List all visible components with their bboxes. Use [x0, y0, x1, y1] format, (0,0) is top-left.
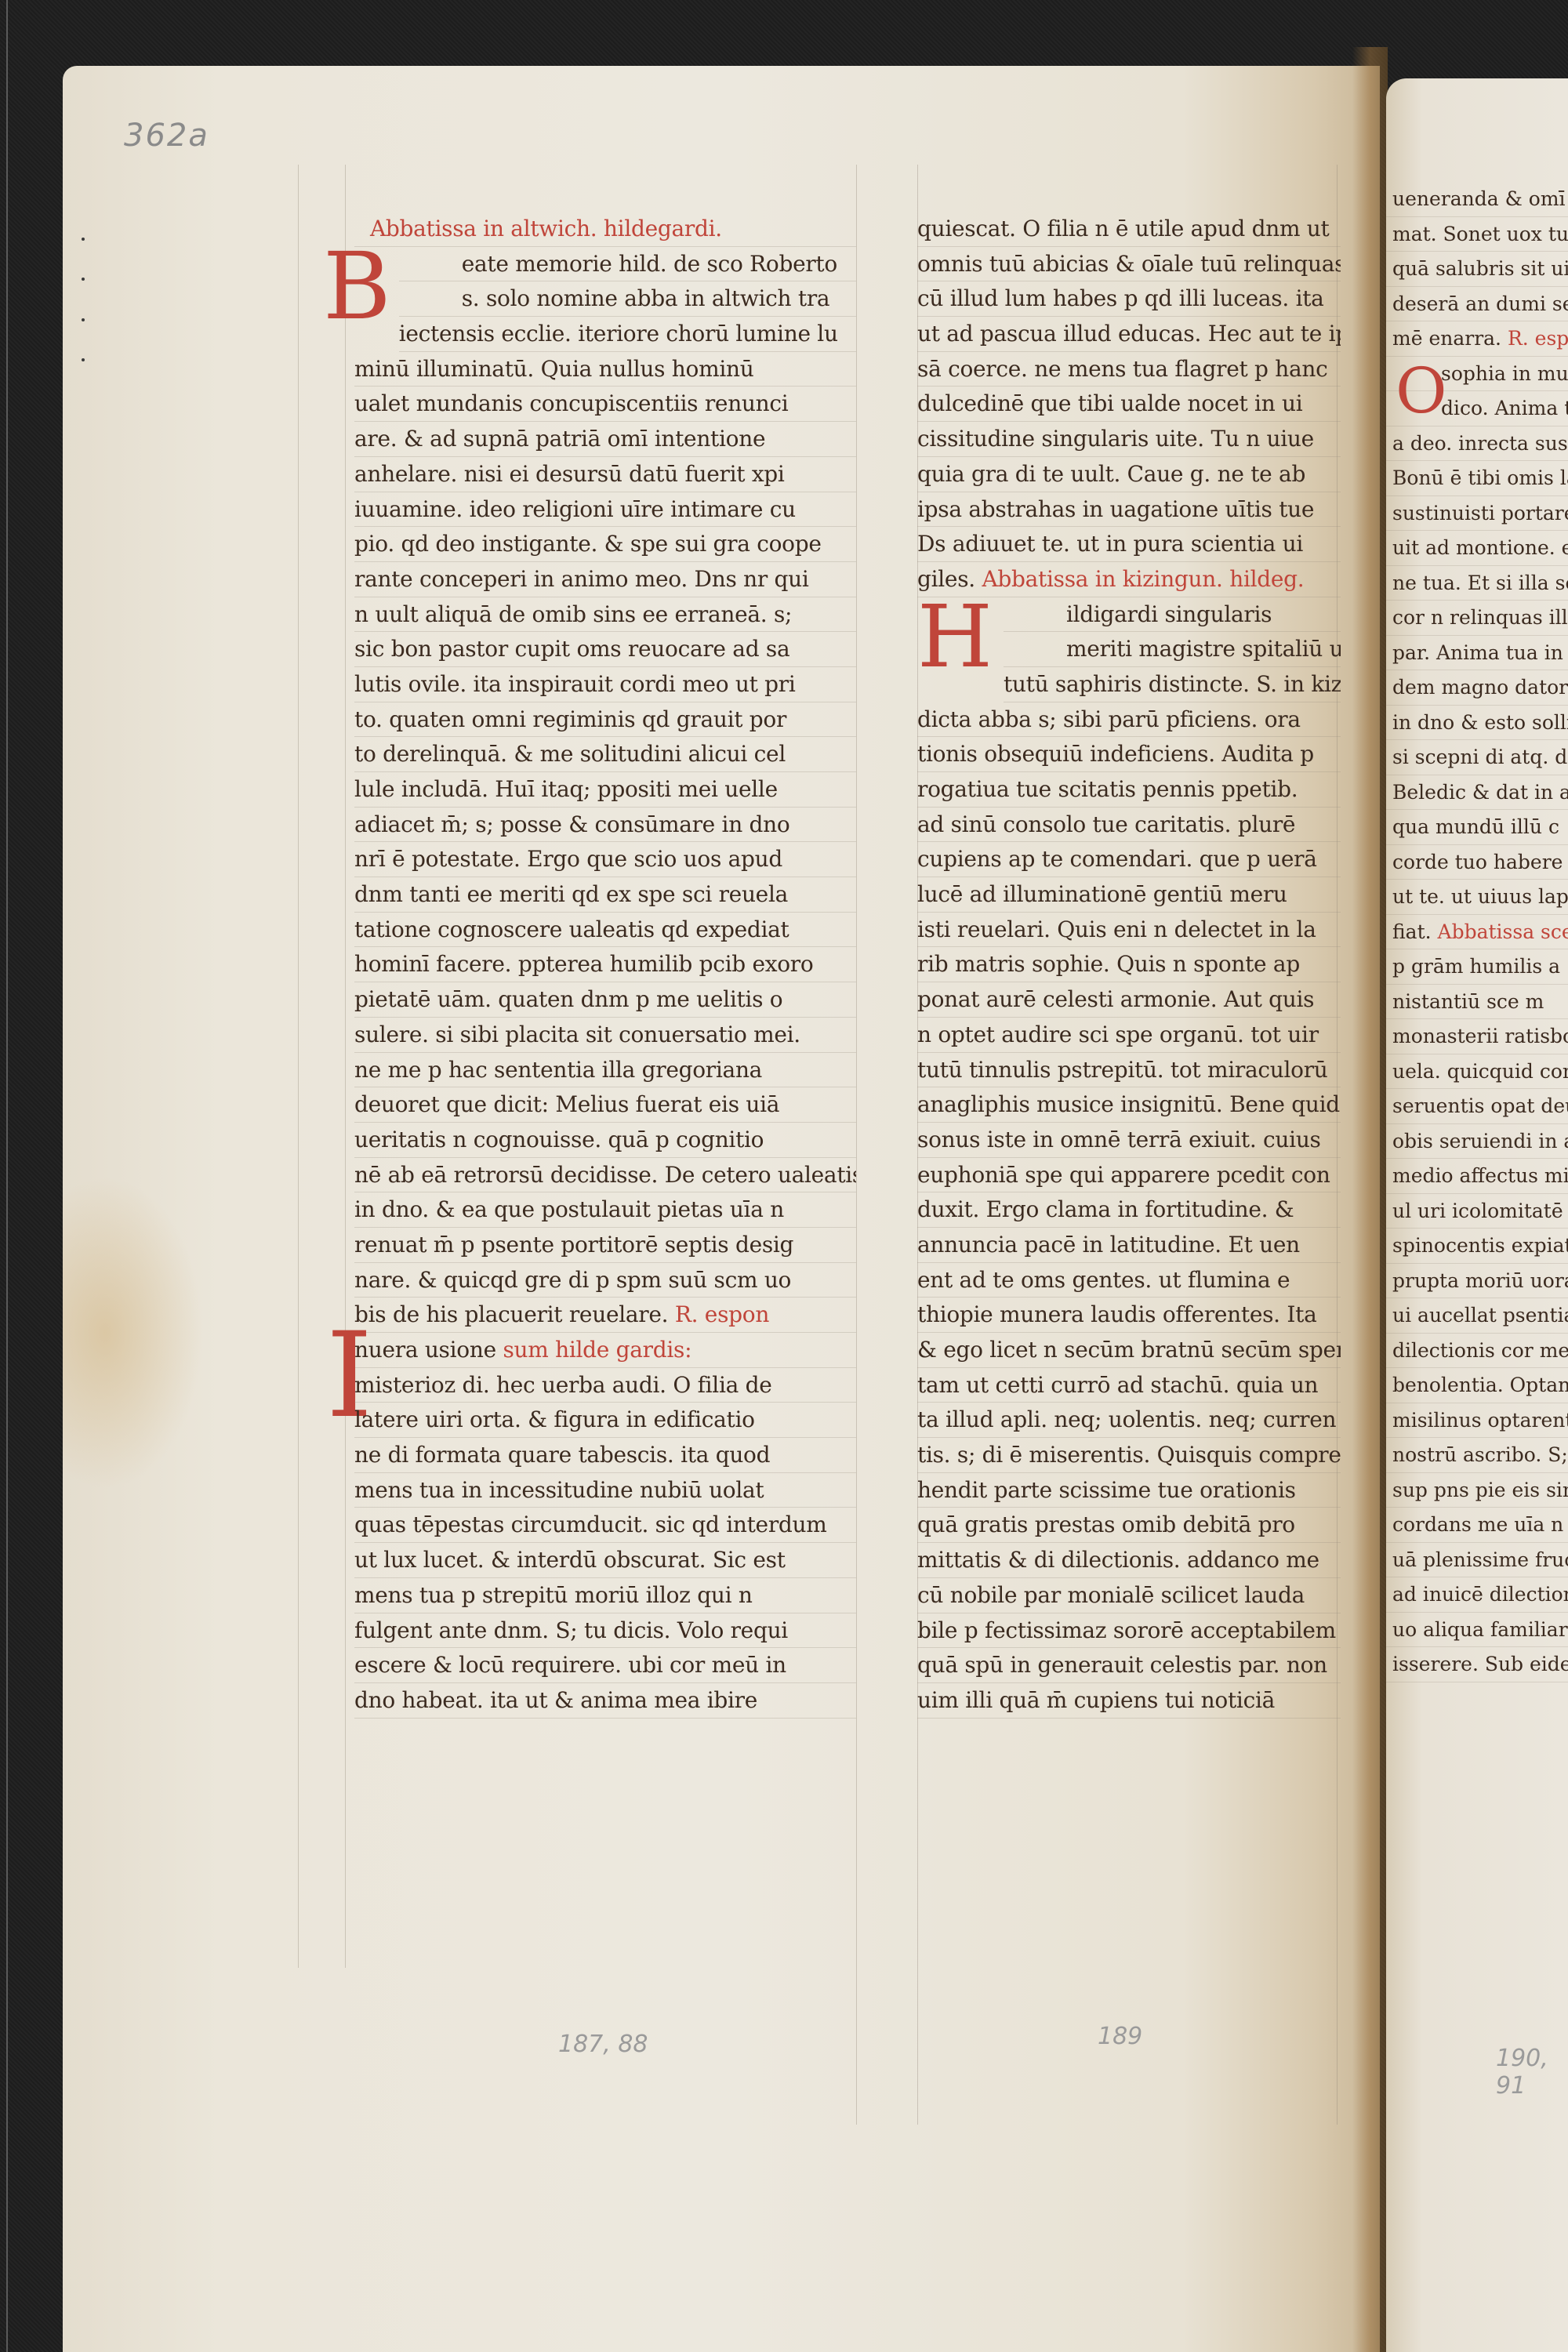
text-line: eate memorie hild. de sco Roberto	[399, 247, 856, 282]
facing-text-line: sup pns pie eis sinis op	[1386, 1473, 1568, 1508]
text-line: meriti magistre spitaliū uir	[1004, 632, 1341, 667]
facing-text-line: Osophia in mus	[1386, 357, 1568, 392]
facing-text-line: quā salubris sit uita	[1386, 252, 1568, 287]
rubric-heading: Abbatissa in kizingun. hildeg.	[982, 566, 1304, 592]
facing-text-line: dilectionis cor meū nob	[1386, 1334, 1568, 1369]
right-column-lines-bottom: ildigardi singularismeriti magistre spit…	[917, 597, 1341, 1719]
text-span: bis de his placuerit reuelare.	[354, 1301, 675, 1327]
text-line: lucē ad illuminationē gentiū meru	[917, 877, 1341, 913]
text-line: escere & locū requirere. ubi cor meū in	[354, 1648, 856, 1683]
inline-rubric: R. esponsi	[1508, 327, 1568, 350]
text-span: fiat.	[1392, 920, 1438, 943]
text-line: isti reuelari. Quis eni n delectet in la	[917, 913, 1341, 948]
text-line: adiacet m̄; s; posse & consūmare in dno	[354, 808, 856, 843]
text-line: rib matris sophie. Quis n sponte ap	[917, 947, 1341, 982]
facing-text-line: benolentia. Optandā in	[1386, 1368, 1568, 1403]
facing-text-line: in dno & esto sollicita	[1386, 706, 1568, 741]
text-line: nare. & quicqd gre di p spm suū scm uo	[354, 1263, 856, 1298]
folio-number: 362a	[124, 118, 209, 154]
facing-text-line: prupta moriū uoragne	[1386, 1264, 1568, 1299]
text-line: omnis tuū abicias & oīale tuū relinquas.	[917, 247, 1341, 282]
text-line: ut lux lucet. & interdū obscurat. Sic es…	[354, 1543, 856, 1578]
facing-text-line: Bonū ē tibi omis labo	[1386, 461, 1568, 496]
text-line: minū illuminatū. Quia nullus hominū	[354, 352, 856, 387]
facing-text-line: ad inuicē dilectionis	[1386, 1577, 1568, 1613]
rubric-heading: Abbatissa in altwich. hildegardi.	[354, 212, 856, 247]
facing-text-line: monasterii ratisbone. sp	[1386, 1019, 1568, 1054]
text-line: pietatē uām. quaten dnm p me uelitis o	[354, 982, 856, 1018]
right-column-lines-top: quiescat. O filia n ē utile apud dnm uto…	[917, 212, 1341, 562]
pricking-mark	[82, 358, 85, 361]
text-line: latere uiri orta. & figura in edificatio	[354, 1403, 856, 1438]
text-line: annuncia pacē in latitudine. Et uen	[917, 1228, 1341, 1263]
facing-text-line: misilinus optarentis felicit	[1386, 1403, 1568, 1439]
text-line: lutis ovile. ita inspirauit cordi meo ut…	[354, 667, 856, 702]
text-line: fulgent ante dnm. S; tu dicis. Volo requ…	[354, 1613, 856, 1649]
facing-text-line: qua mundū illū c	[1386, 810, 1568, 845]
text-line: nrī ē potestate. Ergo que scio uos apud	[354, 842, 856, 877]
inline-rubric: R. espon	[675, 1301, 769, 1327]
facing-text-line: nistantiū sce m	[1386, 985, 1568, 1020]
facing-text-line: ul uri icolomitatē p tifi	[1386, 1194, 1568, 1229]
text-line: cū illud lum habes p qd illi luceas. ita	[917, 281, 1341, 317]
facing-text-line: uo aliqua familiar	[1386, 1613, 1568, 1648]
text-line: bis de his placuerit reuelare. R. espon	[354, 1298, 856, 1333]
text-line: cū nobile par monialē scilicet lauda	[917, 1578, 1341, 1613]
text-line: sā coerce. ne mens tua flagret p hanc	[917, 352, 1341, 387]
text-line: thiopie munera laudis offerentes. Ita	[917, 1298, 1341, 1333]
text-line: ut ad pascua illud educas. Hec aut te ip	[917, 317, 1341, 352]
facing-text-line: dem magno datore a	[1386, 670, 1568, 706]
text-line: bile p fectissimaz sororē acceptabilem	[917, 1613, 1341, 1649]
facing-text-line: seruentis opat deuotio.	[1386, 1089, 1568, 1124]
text-line: iuuamine. ideo religioni uīre intimare c…	[354, 492, 856, 528]
decorated-initial-h: H	[917, 597, 993, 676]
text-line: ad sinū consolo tue caritatis. plurē	[917, 808, 1341, 843]
facing-text-line: a deo. inrecta suspirat	[1386, 426, 1568, 462]
pricking-mark	[82, 278, 85, 281]
facing-text-line: fiat. Abbatissa sce mar	[1386, 915, 1568, 950]
text-line: ueritatis n cognouisse. quā p cognitio	[354, 1123, 856, 1158]
facing-text-line: mat. Sonet uox tua in	[1386, 217, 1568, 252]
text-line: cupiens ap te comendari. que p uerā	[917, 842, 1341, 877]
cover-edge	[6, 0, 8, 2352]
facing-text-line: ui aucellat psentia.	[1386, 1298, 1568, 1334]
facing-text-line: nostrū ascribo. S; gratia	[1386, 1438, 1568, 1473]
facing-text-line: isserere. Sub eide carita	[1386, 1647, 1568, 1682]
facing-text-line: uā plenissime fruor	[1386, 1543, 1568, 1578]
facing-text-line: uela. quicquid continua	[1386, 1054, 1568, 1090]
text-line: tam ut cetti currō ad stachū. quia un	[917, 1368, 1341, 1403]
pricking-mark	[82, 238, 85, 241]
text-line: tutū tinnulis pstrepitū. tot miraculorū	[917, 1053, 1341, 1088]
text-line: ne me p hac sententia illa gregoriana	[354, 1053, 856, 1088]
vertical-ruling	[345, 165, 346, 1968]
text-line: mittatis & di dilectionis. addanco me	[917, 1543, 1341, 1578]
text-line: to. quaten omni regiminis qd grauit por	[354, 702, 856, 738]
text-line: tionis obsequiū indeficiens. Audita p	[917, 737, 1341, 772]
text-line: sulere. si sibi placita sit conuersatio …	[354, 1018, 856, 1053]
text-line: anagliphis musice insignitū. Bene quide	[917, 1087, 1341, 1123]
facing-text-line: cor n relinquas illas.	[1386, 601, 1568, 636]
facing-text-line: sustinuisti portare. ita	[1386, 496, 1568, 532]
text-line: hendit parte scissime tue orationis	[917, 1473, 1341, 1508]
text-line: ta illud apli. neq; uolentis. neq; curre…	[917, 1403, 1341, 1438]
vertical-ruling	[298, 165, 299, 1968]
text-line: ponat aurē celesti armonie. Aut quis	[917, 982, 1341, 1018]
text-line: hominī facere. ppterea humilib pcib exor…	[354, 947, 856, 982]
text-column-left: Abbatissa in altwich. hildegardi. B eate…	[354, 212, 856, 1719]
text-line: nē ab eā retrorsū decidisse. De cetero u…	[354, 1158, 856, 1193]
text-line: tatione cognoscere ualeatis qd expediat	[354, 913, 856, 948]
text-line: Ds adiuuet te. ut in pura scientia ui	[917, 527, 1341, 562]
text-line: quia gra di te uult. Caue g. ne te ab	[917, 457, 1341, 492]
text-line: sic bon pastor cupit oms reuocare ad sa	[354, 632, 856, 667]
text-line: & ego licet n secūm bratnū secūm spem	[917, 1333, 1341, 1368]
text-line: quas tēpestas circumducit. sic qd interd…	[354, 1508, 856, 1543]
text-line: cissitudine singularis uite. Tu n uiue	[917, 422, 1341, 457]
text-line: quiescat. O filia n ē utile apud dnm ut	[917, 212, 1341, 247]
text-line: dnm tanti ee meriti qd ex spe sci reuela	[354, 877, 856, 913]
facing-text-line: si scepni di atq. der	[1386, 740, 1568, 775]
text-line: lule includā. Huī itaq; ppositi mei uell…	[354, 772, 856, 808]
book-gutter	[1352, 47, 1388, 2352]
water-stain	[63, 1176, 204, 1490]
text-line: tutū saphiris distincte. S. in kizingun	[1004, 667, 1341, 702]
text-line: ent ad te oms gentes. ut flumina e	[917, 1263, 1341, 1298]
text-line: mens tua in incessitudine nubiū uolat	[354, 1473, 856, 1508]
facing-text-line: ueneranda & omī lau	[1386, 182, 1568, 217]
text-line: duxit. Ergo clama in fortitudine. &	[917, 1192, 1341, 1228]
pencil-note: 187, 88	[558, 2031, 648, 2058]
text-line: n uult aliquā de omib sins ee erraneā. s…	[354, 597, 856, 633]
text-line: anhelare. nisi ei desursū datū fuerit xp…	[354, 457, 856, 492]
facing-text-line: spinocentis expiat. Sciatis ca	[1386, 1229, 1568, 1264]
facing-text-line: p grām humilis a	[1386, 949, 1568, 985]
facing-text-line: par. Anima tua in do	[1386, 636, 1568, 671]
vertical-ruling	[856, 165, 857, 2125]
text-line: ildigardi singularis	[1004, 597, 1341, 633]
text-line: uim illi quā m̄ cupiens tui noticiā	[917, 1683, 1341, 1719]
text-line: misterioz di. hec uerba audi. O filia de	[354, 1368, 856, 1403]
facing-text-line: Beledic & dat in ampl	[1386, 775, 1568, 811]
facing-page-lines: ueneranda & omī laumat. Sonet uox tua in…	[1386, 182, 1568, 1682]
facing-text-line: cordans me uīa n ab	[1386, 1508, 1568, 1543]
text-line: are. & ad supnā patriā omī intentione	[354, 422, 856, 457]
text-line: renuat m̄ p psente portitorē septis desi…	[354, 1228, 856, 1263]
text-line: rogatiua tue scitatis pennis ppetib.	[917, 772, 1341, 808]
facing-text-line: obis seruiendi in admin	[1386, 1124, 1568, 1160]
text-line: in dno. & ea que postulauit pietas uīa n	[354, 1192, 856, 1228]
text-line: nuera usione sum hilde gardis:I	[354, 1333, 856, 1368]
pricking-mark	[82, 318, 85, 321]
text-line: ne di formata quare tabescis. ita quod	[354, 1438, 856, 1473]
facing-page: ueneranda & omī laumat. Sonet uox tua in…	[1386, 78, 1568, 2352]
facing-text-line: corde tuo habere deb	[1386, 845, 1568, 880]
text-span: nuera usione	[354, 1337, 503, 1363]
facing-text-line: deserā an dumi serā.	[1386, 287, 1568, 322]
text-line: quā gratis prestas omib debitā pro	[917, 1508, 1341, 1543]
text-line: deuoret que dicit: Melius fuerat eis uiā	[354, 1087, 856, 1123]
text-span: mē enarra.	[1392, 327, 1508, 350]
pencil-note: 190, 91	[1496, 2045, 1568, 2100]
text-line: pio. qd deo instigante. & spe sui gra co…	[354, 527, 856, 562]
text-line: ipsa abstrahas in uagatione uītis tue	[917, 492, 1341, 528]
facing-text-line: medio affectus mis uite.	[1386, 1159, 1568, 1194]
text-line: tis. s; di ē miserentis. Quisquis compre	[917, 1438, 1341, 1473]
text-line: s. solo nomine abba in altwich tra	[399, 281, 856, 317]
text-line: ualet mundanis concupiscentiis renunci	[354, 387, 856, 422]
pencil-note: 189	[1098, 2023, 1142, 2050]
left-column-lines: eate memorie hild. de sco Robertos. solo…	[354, 247, 856, 1719]
facing-text-line: ne tua. Et si illa scien	[1386, 566, 1568, 601]
inline-rubric: Abbatissa sce mar	[1438, 920, 1568, 943]
facing-text-line: uit ad montione. et	[1386, 531, 1568, 566]
text-column-right: quiescat. O filia n ē utile apud dnm uto…	[917, 212, 1341, 1719]
text-line: mens tua p strepitū moriū illoz qui n	[354, 1578, 856, 1613]
text-line: dno habeat. ita ut & anima mea ibire	[354, 1683, 856, 1719]
facing-text-line: mē enarra. R. esponsi	[1386, 321, 1568, 357]
inline-rubric: sum hilde gardis:	[503, 1337, 691, 1363]
text-line: iectensis ecclie. iteriore chorū lumine …	[399, 317, 856, 352]
text-line: sonus iste in omnē terrā exiuit. cuius	[917, 1123, 1341, 1158]
text-line: dulcedinē que tibi ualde nocet in ui	[917, 387, 1341, 422]
decorated-initial-o: O	[1396, 360, 1447, 423]
text-line: quā spū in generauit celestis par. non	[917, 1648, 1341, 1683]
text-line: dicta abba s; sibi parū pficiens. ora	[917, 702, 1341, 738]
facing-text-line: ut te. ut uiuus lapis	[1386, 880, 1568, 915]
text-line: n optet audire sci spe organū. tot uir	[917, 1018, 1341, 1053]
text-line: euphoniā spe qui apparere pcedit con	[917, 1158, 1341, 1193]
decorated-initial-b: B	[323, 247, 391, 325]
text-line: rante conceperi in animo meo. Dns nr qui	[354, 562, 856, 597]
text-line: to derelinquā. & me solitudini alicui ce…	[354, 737, 856, 772]
